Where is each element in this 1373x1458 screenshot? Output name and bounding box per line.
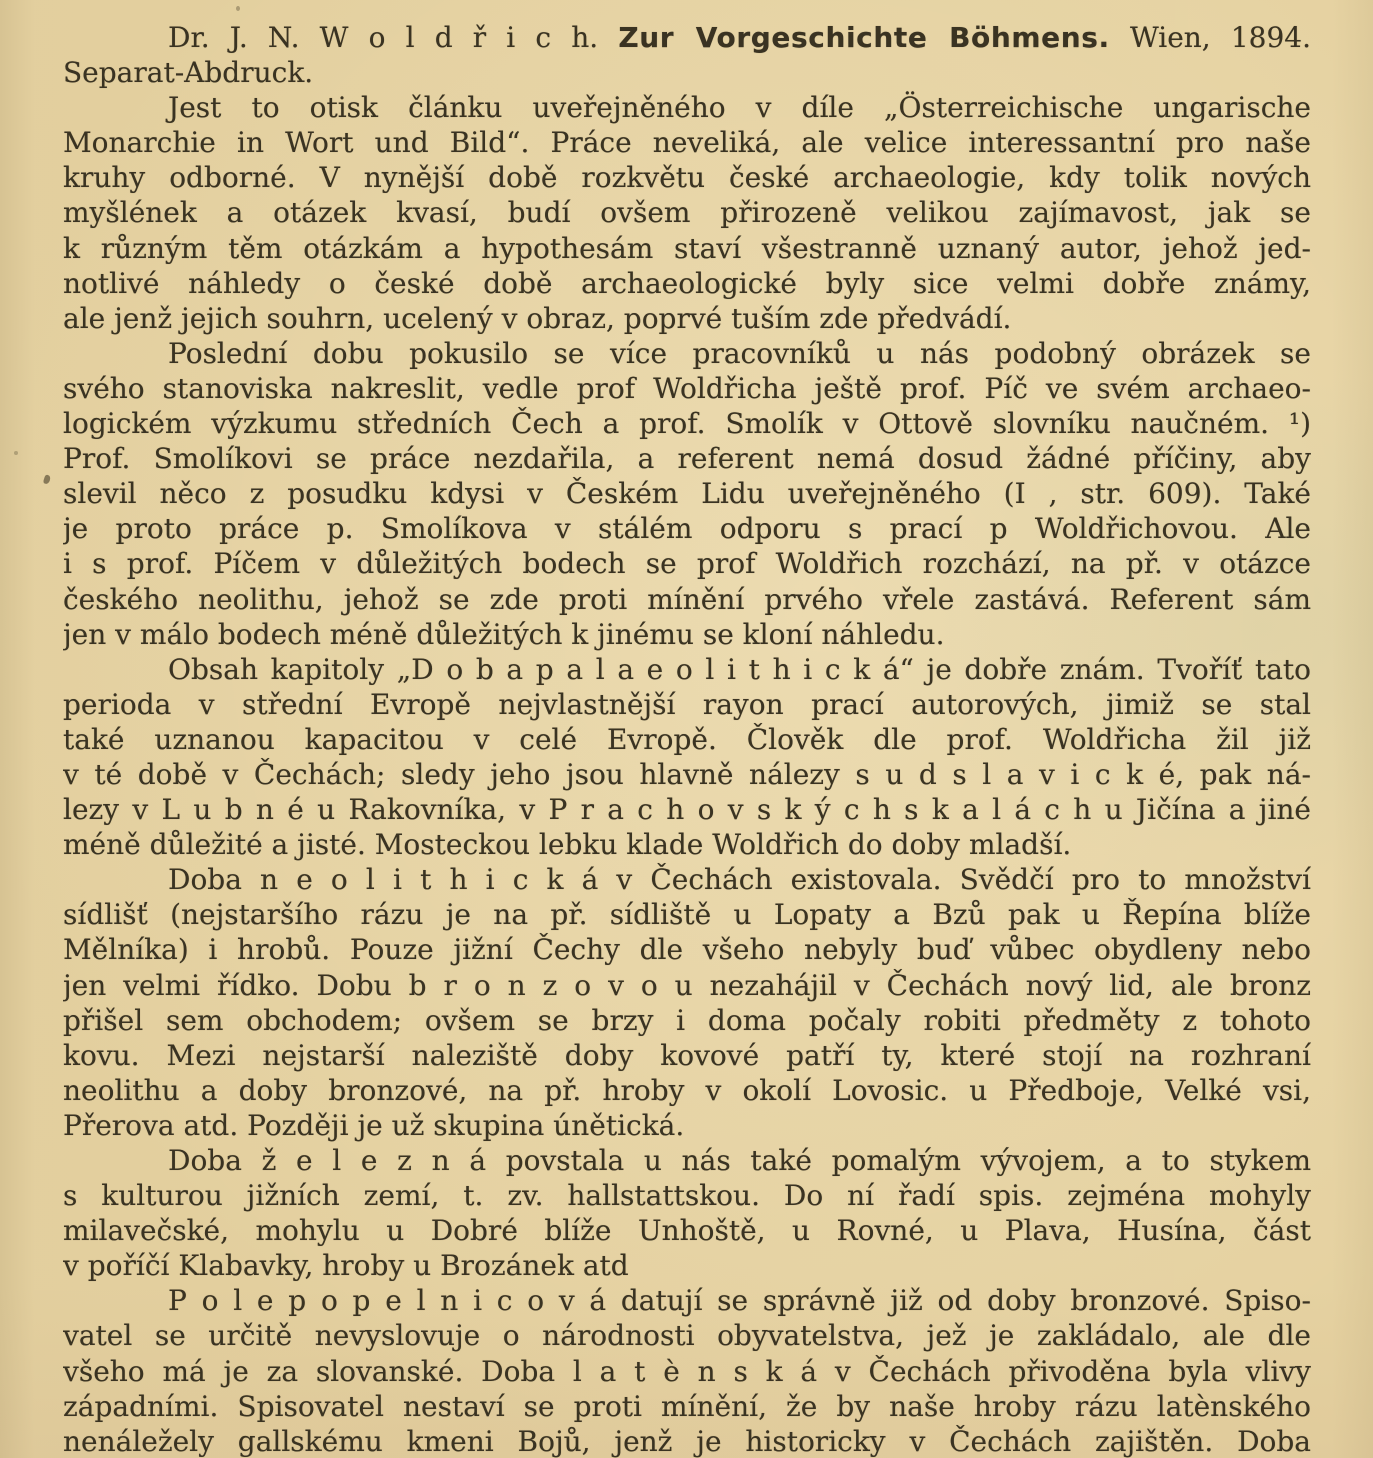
text-line: vatel se určitě nevyslovuje o národnosti… xyxy=(63,1318,1311,1353)
scanned-page: Dr. J. N. W o l d ř i c h. Zur Vorgeschi… xyxy=(0,0,1373,1458)
scan-speck xyxy=(43,474,51,484)
text-line: ale jenž jejich souhrn, ucelený v obraz,… xyxy=(63,301,1311,336)
text-line: milavečské, mohylu u Dobré blíže Unhoště… xyxy=(63,1213,1311,1248)
paragraph: Doba ž e l e z n á povstala u nás také p… xyxy=(63,1143,1311,1283)
text-line: neolithu a doby bronzové, na př. hroby v… xyxy=(63,1073,1311,1108)
text-line: západními. Spisovatel nestaví se proti m… xyxy=(63,1389,1311,1424)
text-line: P o l e p o p e l n i c o v á datují se … xyxy=(63,1283,1311,1318)
text-line: všeho má je za slovanské. Doba l a t è n… xyxy=(63,1354,1311,1389)
text-line: jen v málo bodech méně důležitých k jiné… xyxy=(63,617,1311,652)
text-line: myšlének a otázek kvasí, budí ovšem přir… xyxy=(63,195,1311,230)
paragraph: P o l e p o p e l n i c o v á datují se … xyxy=(63,1283,1311,1458)
text-line: kovu. Mezi nejstarší naleziště doby kovo… xyxy=(63,1038,1311,1073)
text-line: s kulturou jižních zemí, t. zv. hallstat… xyxy=(63,1178,1311,1213)
text-line: svého stanoviska nakreslit, vedle prof W… xyxy=(63,371,1311,406)
heading-prefix: Dr. J. N. xyxy=(168,21,300,54)
text-line: logickém výzkumu středních Čech a prof. … xyxy=(63,406,1311,441)
scan-speck xyxy=(236,6,240,11)
text-line: méně důležité a jisté. Mosteckou lebku k… xyxy=(63,827,1311,862)
text-line: nenáležely gallskému kmeni Bojů, jenž je… xyxy=(63,1424,1311,1458)
text-line: Jest to otisk článku uveřejněného v díle… xyxy=(63,90,1311,125)
heading-place-year: Wien, 1894. xyxy=(1130,21,1311,54)
text-line: i s prof. Píčem v důležitých bodech se p… xyxy=(63,546,1311,581)
text-line: Doba n e o l i t h i c k á v Čechách exi… xyxy=(63,862,1311,897)
text-line: Prof. Smolíkovi se práce nezdařila, a re… xyxy=(63,441,1311,476)
paragraph: Jest to otisk článku uveřejněného v díle… xyxy=(63,90,1311,336)
text-line: Přerova atd. Později je už skupina úněti… xyxy=(63,1108,1311,1143)
heading-author: W o l d ř i c h. xyxy=(320,21,599,54)
text-line: Mělníka) i hrobů. Pouze jižní Čechy dle … xyxy=(63,932,1311,967)
text-line: lezy v L u b n é u Rakovníka, v P r a c … xyxy=(63,792,1311,827)
paragraph: Obsah kapitoly „D o b a p a l a e o l i … xyxy=(63,652,1311,863)
text-line: jen velmi řídko. Dobu b r o n z o v o u … xyxy=(63,968,1311,1003)
heading-title: Zur Vorgeschichte Böhmens. xyxy=(618,21,1109,54)
text-line: Poslední dobu pokusilo se více pracovník… xyxy=(63,336,1311,371)
text-line: Obsah kapitoly „D o b a p a l a e o l i … xyxy=(63,652,1311,687)
text-line: Doba ž e l e z n á povstala u nás také p… xyxy=(63,1143,1311,1178)
text-line: perioda v střední Evropě nejvlastnější r… xyxy=(63,687,1311,722)
text-line: kruhy odborné. V nynější době rozkvětu č… xyxy=(63,160,1311,195)
heading-subtitle-line: Separat-Abdruck. xyxy=(63,55,1311,90)
text-line: také uznanou kapacitou v celé Evropě. Čl… xyxy=(63,722,1311,757)
text-line: v té době v Čechách; sledy jeho jsou hla… xyxy=(63,757,1311,792)
text-line: Monarchie in Wort und Bild“. Práce nevel… xyxy=(63,125,1311,160)
text-line: notlivé náhledy o české době archaeologi… xyxy=(63,266,1311,301)
text-line: českého neolithu, jehož se zde proti mín… xyxy=(63,582,1311,617)
text-line: slevil něco z posudku kdysi v Českém Lid… xyxy=(63,476,1311,511)
text-line: v poříčí Klabavky, hroby u Brozánek atd xyxy=(63,1248,1311,1283)
text-line: je proto práce p. Smolíkova v stálém odp… xyxy=(63,511,1311,546)
heading-line: Dr. J. N. W o l d ř i c h. Zur Vorgeschi… xyxy=(63,20,1311,55)
paragraph: Doba n e o l i t h i c k á v Čechách exi… xyxy=(63,862,1311,1143)
text-line: k různým těm otázkám a hypothesám staví … xyxy=(63,231,1311,266)
paragraph: Poslední dobu pokusilo se více pracovník… xyxy=(63,336,1311,652)
scan-speck xyxy=(14,451,18,455)
text-line: přišel sem obchodem; ovšem se brzy i dom… xyxy=(63,1003,1311,1038)
text-line: sídlišť (nejstaršího rázu je na př. sídl… xyxy=(63,897,1311,932)
